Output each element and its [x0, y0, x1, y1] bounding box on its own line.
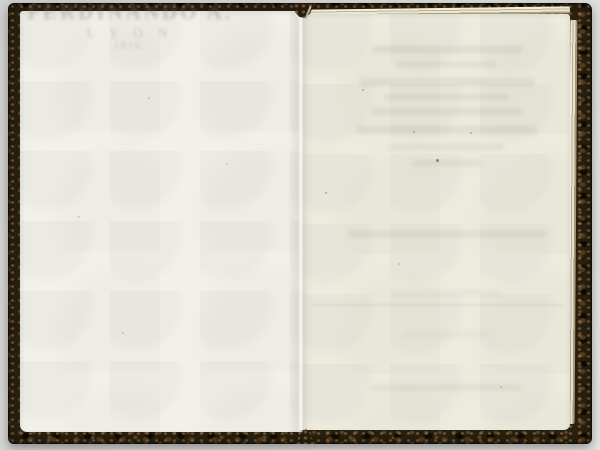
foxing-speck	[226, 163, 228, 165]
foxing-speck	[413, 131, 415, 133]
right-page-flyleaf	[300, 14, 570, 430]
foxing-speck	[325, 192, 327, 194]
foxing-speck	[398, 263, 400, 265]
foxing-speck	[436, 159, 439, 162]
foxing-speck	[500, 386, 502, 388]
page-gutter	[288, 12, 314, 432]
foxing-speck	[362, 89, 364, 91]
foxing-speck	[122, 332, 124, 334]
left-page-blank	[20, 11, 300, 432]
foxing-speck	[148, 97, 150, 99]
foxing-speck	[470, 132, 472, 134]
photo-background: FERDINANDO A. L Y O N 1816.	[0, 0, 600, 450]
foxing-speck	[78, 216, 80, 218]
